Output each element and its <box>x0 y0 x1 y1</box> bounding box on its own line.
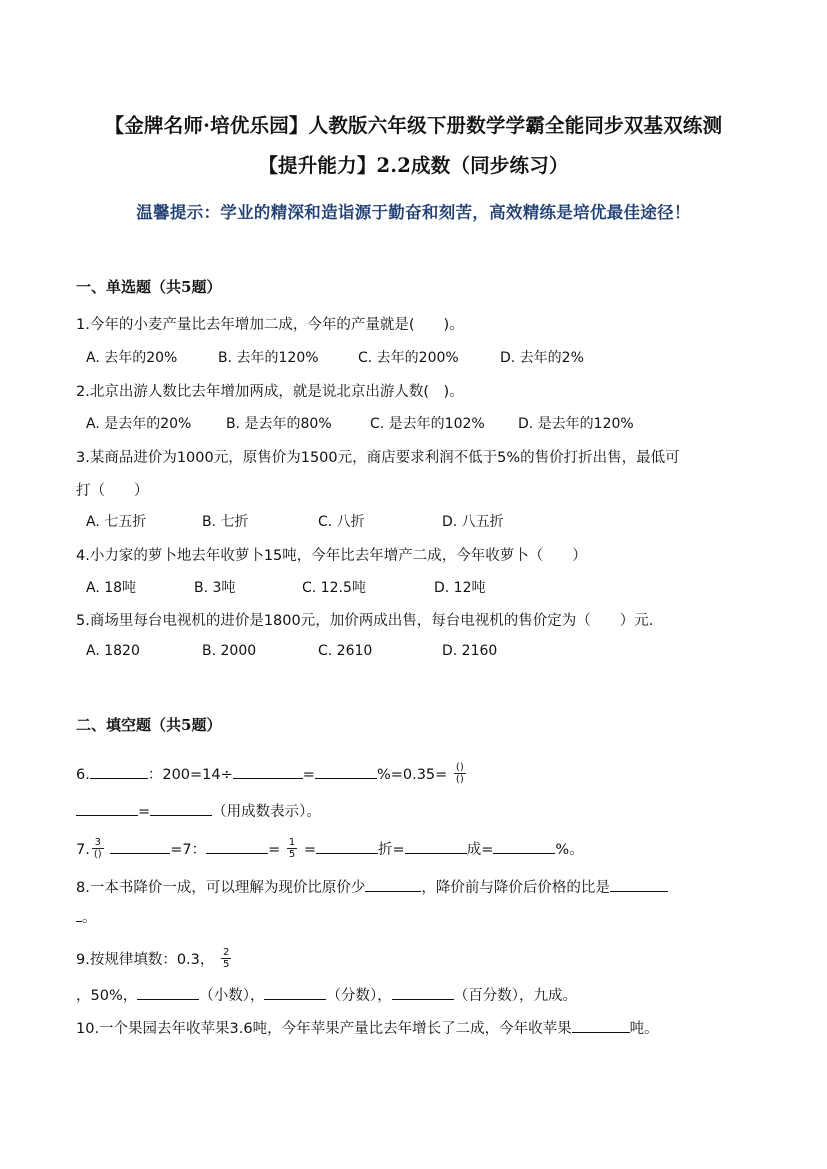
question-10-text: 10.一个果园去年收苹果3.6吨，今年苹果产量比去年增长了二成，今年收苹果 <box>76 1021 572 1037</box>
question-9-text: 9.按规律填数：0.3， <box>76 952 214 968</box>
question-7-blank-2[interactable] <box>206 839 268 854</box>
question-6-text-2: = <box>303 767 315 783</box>
question-9-fraction: 25 <box>221 947 231 970</box>
question-7-blank-1[interactable] <box>110 839 170 854</box>
question-5-option-a[interactable]: A. 1820 <box>86 643 140 659</box>
question-5-option-b[interactable]: B. 2000 <box>202 643 256 659</box>
question-5-option-d[interactable]: D. 2160 <box>442 643 497 659</box>
question-4-stem: 4.小力家的萝卜地去年收萝卜15吨，今年比去年增产二成，今年收萝卜（ ） <box>76 544 587 565</box>
question-8-line-1: 8.一本书降价一成，可以理解为现价比原价少，降价前与降价后价格的比是 <box>76 876 668 897</box>
question-6-blank-4[interactable] <box>76 801 138 816</box>
question-6-text-4: = <box>138 804 150 820</box>
question-7-text-6: %。 <box>555 842 583 858</box>
question-7-text-3: = <box>304 842 316 858</box>
question-9-blank-1[interactable] <box>137 985 199 1000</box>
question-3-stem: 3.某商品进价为1000元，原售价为1500元，商店要求利润不低于5%的售价打折… <box>76 446 680 467</box>
question-9-blank-3[interactable] <box>392 985 454 1000</box>
worksheet-page: 【金牌名师·培优乐园】人教版六年级下册数学学霸全能同步双基双练测 【提升能力】2… <box>0 0 827 1169</box>
question-6-blank-5[interactable] <box>150 801 212 816</box>
question-10-text-2: 吨。 <box>630 1021 659 1037</box>
question-7: 7.3() =7：= 15 =折=成=%。 <box>76 838 584 862</box>
section-heading-fill-in: 二、填空题（共5题） <box>76 714 221 735</box>
question-7-text-2: = <box>268 842 280 858</box>
tip-text: 温馨提示：学业的精深和造诣源于勤奋和刻苦，高效精练是培优最佳途径！ <box>0 199 827 223</box>
question-3-option-d[interactable]: D. 八五折 <box>442 511 504 531</box>
question-3-option-c[interactable]: C. 八折 <box>318 511 365 531</box>
question-9-line-1: 9.按规律填数：0.3， 25 <box>76 948 233 972</box>
question-7-text-1: =7： <box>170 842 206 858</box>
section-heading-single-choice: 一、单选题（共5题） <box>76 276 221 297</box>
question-9-blank-2[interactable] <box>264 985 326 1000</box>
question-3-option-b[interactable]: B. 七折 <box>202 511 249 531</box>
question-2-option-d[interactable]: D. 是去年的120% <box>518 413 634 433</box>
question-1-stem: 1.今年的小麦产量比去年增加二成，今年的产量就是( )。 <box>76 313 464 334</box>
question-6-text-1: ：200=14÷ <box>148 767 233 783</box>
question-6-blank-2[interactable] <box>233 764 303 779</box>
question-8-blank-2[interactable] <box>610 877 668 892</box>
question-1-option-d[interactable]: D. 去年的2% <box>500 347 584 367</box>
question-6-text-3: %=0.35= <box>377 767 447 783</box>
question-9-text-a: ，50%， <box>76 988 137 1004</box>
question-5-stem: 5.商场里每台电视机的进价是1800元，加价两成出售，每台电视机的售价定为（ ）… <box>76 609 653 630</box>
question-2-option-b[interactable]: B. 是去年的80% <box>226 413 332 433</box>
question-7-blank-4[interactable] <box>405 839 467 854</box>
question-8-text-3: 。 <box>82 910 97 926</box>
question-4-option-d[interactable]: D. 12吨 <box>434 577 486 597</box>
question-8-line-2: 。 <box>76 906 97 927</box>
question-3-stem-continued: 打（ ） <box>76 479 149 500</box>
question-9-text-c: （分数）， <box>326 988 391 1004</box>
question-7-blank-3[interactable] <box>316 839 378 854</box>
question-2-option-c[interactable]: C. 是去年的102% <box>370 413 485 433</box>
question-7-text-4: 折= <box>378 842 405 858</box>
question-7-number: 7. <box>76 842 90 858</box>
question-6-text-5: （用成数表示）。 <box>212 804 321 820</box>
question-5-option-c[interactable]: C. 2610 <box>318 643 372 659</box>
question-6-fraction[interactable]: ()() <box>454 762 466 785</box>
question-3-option-a[interactable]: A. 七五折 <box>86 511 146 531</box>
question-2-stem: 2.北京出游人数比去年增加两成，就是说北京出游人数( )。 <box>76 380 464 401</box>
question-10: 10.一个果园去年收苹果3.6吨，今年苹果产量比去年增长了二成，今年收苹果吨。 <box>76 1017 659 1038</box>
question-7-text-5: 成= <box>467 842 494 858</box>
question-6-line-1: 6.：200=14÷=%=0.35= ()() <box>76 763 468 787</box>
question-4-option-b[interactable]: B. 3吨 <box>194 577 235 597</box>
question-9-text-b: （小数）， <box>199 988 264 1004</box>
question-6-line-2: =（用成数表示）。 <box>76 800 321 821</box>
question-10-blank[interactable] <box>572 1018 630 1033</box>
question-6-blank-3[interactable] <box>315 764 377 779</box>
title-line-2: 【提升能力】2.2成数（同步练习） <box>0 150 827 178</box>
question-2-option-a[interactable]: A. 是去年的20% <box>86 413 191 433</box>
title-line-1: 【金牌名师·培优乐园】人教版六年级下册数学学霸全能同步双基双练测 <box>0 110 827 138</box>
question-9-text-d: （百分数），九成。 <box>454 988 577 1004</box>
question-4-option-a[interactable]: A. 18吨 <box>86 577 136 597</box>
question-1-option-b[interactable]: B. 去年的120% <box>218 347 319 367</box>
question-6-number: 6. <box>76 767 90 783</box>
question-7-fraction-1[interactable]: 3() <box>92 837 104 860</box>
question-1-option-a[interactable]: A. 去年的20% <box>86 347 177 367</box>
question-8-text-2: ，降价前与降价后价格的比是 <box>421 880 610 896</box>
question-8-blank-1[interactable] <box>365 877 421 892</box>
question-1-option-c[interactable]: C. 去年的200% <box>358 347 459 367</box>
question-7-fraction-2: 15 <box>287 837 297 860</box>
question-6-blank-1[interactable] <box>90 764 148 779</box>
question-7-blank-5[interactable] <box>493 839 555 854</box>
question-8-text-1: 8.一本书降价一成，可以理解为现价比原价少 <box>76 880 365 896</box>
question-9-line-2: ，50%，（小数），（分数），（百分数），九成。 <box>76 984 577 1005</box>
question-4-option-c[interactable]: C. 12.5吨 <box>302 577 366 597</box>
